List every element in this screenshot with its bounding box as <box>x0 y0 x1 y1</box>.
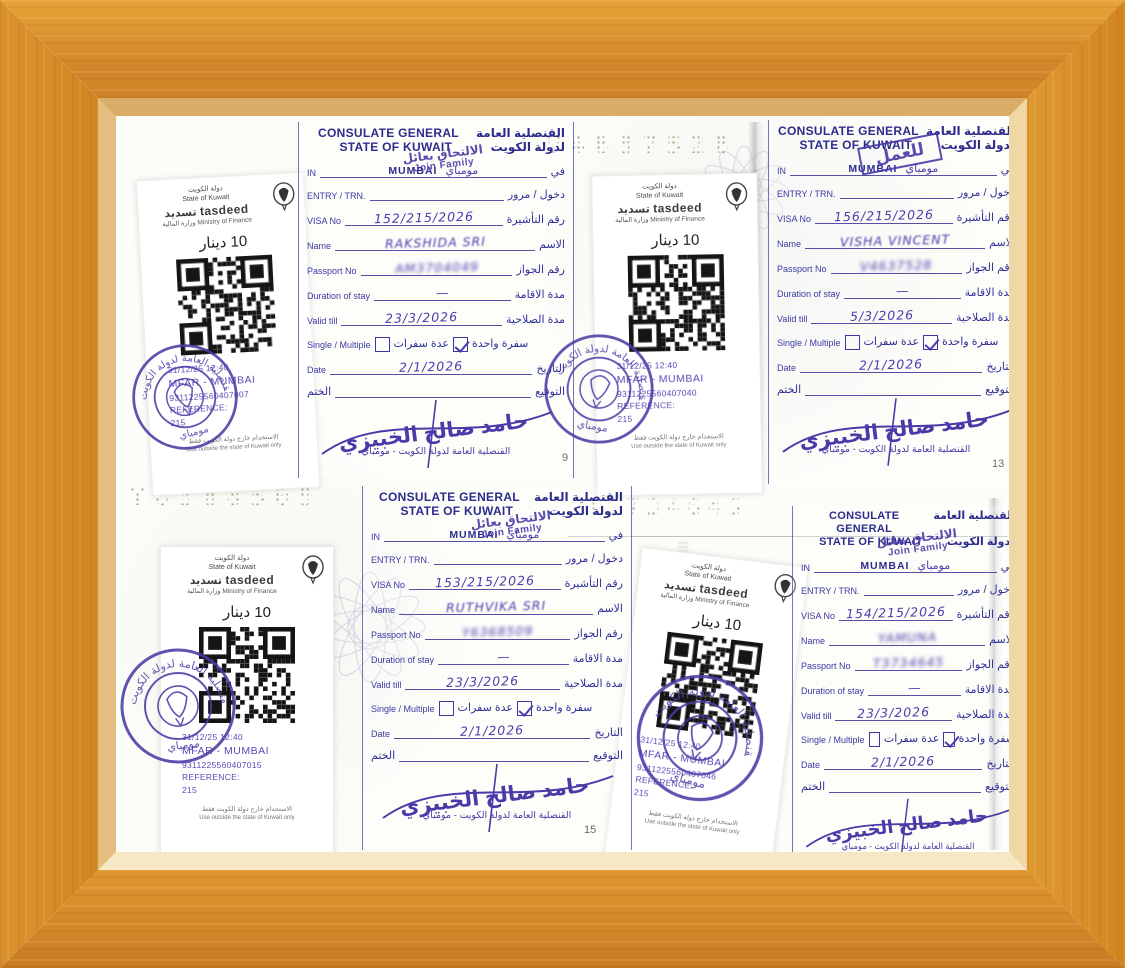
label-name: Name <box>801 636 825 646</box>
label-duration: Duration of stay <box>801 686 864 696</box>
value-duration: — <box>496 649 510 664</box>
label-valid: Valid till <box>777 314 807 324</box>
label-valid-ar: مدة الصلاحية <box>564 677 623 690</box>
visa-header-en-1: CONSULATE GENERAL <box>307 126 470 140</box>
checkbox-single <box>453 337 468 352</box>
label-in: IN <box>801 563 810 573</box>
value-valid: 23/3/2026 <box>446 673 519 690</box>
label-single-multiple: Single / Multiple <box>307 340 371 350</box>
value-name: VISHA VINCENT <box>840 231 951 249</box>
label-name-ar: الاسم <box>597 602 623 615</box>
label-name: Name <box>371 605 395 615</box>
label-signature-ar: التوقيع <box>985 780 1009 793</box>
value-duration: — <box>435 285 449 300</box>
label-name: Name <box>307 241 331 251</box>
value-visa-no: 154/215/2026 <box>846 603 946 621</box>
label-date: Date <box>777 363 796 373</box>
value-valid: 23/3/2026 <box>385 309 458 326</box>
visa-header-ar-2: لدولة الكويت <box>491 140 565 154</box>
label-single-multiple: Single / Multiple <box>371 704 435 714</box>
label-visa-no-ar: رقم التأشيرة <box>957 211 1009 224</box>
label-signature-ar: التوقيع <box>985 383 1009 396</box>
value-date: 2/1/2026 <box>460 722 525 739</box>
value-visa-no: 156/215/2026 <box>834 206 934 224</box>
framed-visa-collage: V4637528 Y6368509 T3734645 دولة ال <box>0 0 1125 968</box>
label-passport-ar: رقم الجواز <box>516 263 565 276</box>
receipt-brand-en: tasdeed <box>199 201 249 218</box>
label-duration: Duration of stay <box>307 291 370 301</box>
receipt-footer-ar: الاستخدام خارج دولة الكويت فقط <box>168 805 326 814</box>
label-passport-ar: رقم الجواز <box>966 658 1009 671</box>
label-seal-ar: الختم <box>307 385 331 398</box>
visa-header-ar-2: لدولة الكويت <box>549 504 623 518</box>
value-city-en: MUMBAI <box>860 560 909 572</box>
visa-header-ar-2: لدولة الكويت <box>941 138 1009 152</box>
visa-header-en-1: CONSULATE GENERAL <box>371 490 528 504</box>
visa-form-2: CONSULATE GENERALالقنصلية العامة STATE O… <box>768 120 1009 484</box>
label-in-ar: في <box>609 529 623 542</box>
value-date: 2/1/2026 <box>859 356 924 373</box>
label-single-multiple: Single / Multiple <box>777 338 841 348</box>
kuwait-falcon-emblem-icon <box>723 182 750 212</box>
svg-text:مومباي: مومباي <box>669 768 708 792</box>
consul-signature-title: القنصلية العامة لدولة الكويت - مومباي <box>777 444 1009 455</box>
consulate-round-stamp-3: القنصلية العامة لدولة الكويت مومباي <box>116 638 246 774</box>
checkbox-single <box>923 335 938 350</box>
receipt-country-ar: دولة الكويت <box>168 555 296 564</box>
receipt-brand-en: tasdeed <box>225 573 274 587</box>
receipt-amount: 10 دينار <box>168 603 326 621</box>
label-date-ar: التاريخ <box>594 726 623 739</box>
receipt-amount: 10 دينار <box>600 230 750 251</box>
visa-header-en-1: CONSULATE GENERAL <box>777 124 920 138</box>
label-passport: Passport No <box>801 661 851 671</box>
label-name-ar: الاسم <box>989 633 1009 646</box>
label-date: Date <box>371 729 390 739</box>
passport-page-number-13: 13 <box>992 458 1004 470</box>
label-in-ar: في <box>1001 560 1009 573</box>
receipt-brand-ar: تسديد <box>618 203 650 216</box>
receipt-ministry-en: Ministry of Finance <box>650 216 705 224</box>
label-multiple-ar: عدة سفرات <box>394 337 449 350</box>
label-single-ar: سفرة واحدة <box>959 732 1009 745</box>
value-date: 2/1/2026 <box>399 358 464 375</box>
checkbox-multiple <box>845 335 860 350</box>
label-visa-no: VISA No <box>307 216 341 226</box>
value-valid: 23/3/2026 <box>857 704 930 721</box>
label-entry: ENTRY / TRN. <box>777 189 836 199</box>
label-valid: Valid till <box>371 680 401 690</box>
label-in-ar: في <box>551 165 565 178</box>
consul-signature-title: القنصلية العامة لدولة الكويت - مومباي <box>307 446 565 457</box>
receipt-header: دولة الكويت State of Kuwait تسديد tasdee… <box>599 182 750 226</box>
label-in: IN <box>777 166 786 176</box>
visa-form-4: CONSULATE GENERALالقنصلية العامة STATE O… <box>792 506 1009 852</box>
label-seal-ar: الختم <box>777 383 801 396</box>
value-name: RUTHVIKA SRI <box>446 597 546 615</box>
receipt-qr-code <box>628 255 726 353</box>
receipt-reference-value: 215 <box>182 784 326 796</box>
receipt-ministry-ar: وزارة المالية <box>187 588 220 595</box>
label-visa-no: VISA No <box>777 214 811 224</box>
label-name-ar: الاسم <box>539 238 565 251</box>
label-date: Date <box>307 365 326 375</box>
value-date: 2/1/2026 <box>871 753 936 770</box>
label-date-ar: التاريخ <box>986 757 1009 770</box>
label-entry-ar: دخول / مرور <box>508 188 565 201</box>
visa-form-1: CONSULATE GENERALالقنصلية العامة STATE O… <box>298 122 574 478</box>
visa-header-ar-1: القنصلية العامة <box>476 126 565 140</box>
signature-zone: حامد صالح الخبيزي القنصلية العامة لدولة … <box>307 402 565 466</box>
label-duration-ar: مدة الاقامة <box>965 683 1009 696</box>
receipt-ministry-ar: وزارة المالية <box>162 220 196 229</box>
signature-zone: حامد صالح الخبيزي القنصلية العامة لدولة … <box>371 766 623 830</box>
label-visa-no: VISA No <box>801 611 835 621</box>
receipt-header: دولة الكويت State of Kuwait تسديد tasdee… <box>168 555 326 596</box>
label-duration: Duration of stay <box>371 655 434 665</box>
label-signature-ar: التوقيع <box>593 749 623 762</box>
value-passport: V4637528 <box>860 257 933 274</box>
label-visa-no-ar: رقم التأشيرة <box>957 608 1009 621</box>
label-entry-ar: دخول / مرور <box>566 552 623 565</box>
value-passport: AM3704049 <box>394 259 478 276</box>
label-duration-ar: مدة الاقامة <box>573 652 623 665</box>
label-in: IN <box>307 168 316 178</box>
signature-zone: حامد صالح الخبيزي القنصلية العامة لدولة … <box>801 797 1009 852</box>
label-duration: Duration of stay <box>777 289 840 299</box>
label-entry: ENTRY / TRN. <box>801 586 860 596</box>
label-date-ar: التاريخ <box>986 360 1009 373</box>
label-passport-ar: رقم الجواز <box>966 261 1009 274</box>
receipt-ministry-ar: وزارة المالية <box>615 217 649 225</box>
receipt-reference-label: REFERENCE: <box>182 771 326 783</box>
label-in: IN <box>371 532 380 542</box>
label-single-ar: سفرة واحدة <box>942 335 998 348</box>
kuwait-falcon-emblem-icon <box>300 555 326 585</box>
label-single-multiple: Single / Multiple <box>801 735 865 745</box>
checkbox-multiple <box>439 701 454 716</box>
label-valid: Valid till <box>307 316 337 326</box>
passport-page-number-15: 15 <box>584 824 596 836</box>
label-in-ar: في <box>1001 163 1009 176</box>
label-duration-ar: مدة الاقامة <box>965 286 1009 299</box>
visa-form-3: CONSULATE GENERALالقنصلية العامة STATE O… <box>362 486 632 850</box>
value-visa-no: 153/215/2026 <box>435 572 535 590</box>
label-multiple-ar: عدة سفرات <box>864 335 919 348</box>
label-passport: Passport No <box>371 630 421 640</box>
receipt-amount: 10 دينار <box>147 230 300 256</box>
label-multiple-ar: عدة سفرات <box>884 732 939 745</box>
value-duration: — <box>895 283 909 298</box>
value-valid: 5/3/2026 <box>849 307 914 324</box>
value-passport: Y6368509 <box>462 623 534 640</box>
visa-header-ar-1: القنصلية العامة <box>534 490 623 504</box>
label-entry: ENTRY / TRN. <box>371 555 430 565</box>
receipt-ministry-en: Ministry of Finance <box>222 588 277 595</box>
label-duration-ar: مدة الاقامة <box>515 288 565 301</box>
value-name: YAMUNA <box>877 629 936 646</box>
scanned-document-area: V4637528 Y6368509 T3734645 دولة ال <box>116 116 1009 852</box>
checkbox-multiple <box>869 732 880 747</box>
label-passport-ar: رقم الجواز <box>574 627 623 640</box>
label-valid: Valid till <box>801 711 831 721</box>
value-visa-no: 152/215/2026 <box>374 208 474 226</box>
receipt-country-en: State of Kuwait <box>168 564 296 573</box>
value-city-ar: مومباي <box>917 559 950 572</box>
label-visa-no-ar: رقم التأشيرة <box>507 213 565 226</box>
passport-page-number-9: 9 <box>562 452 568 464</box>
visa-header-ar-1: القنصلية العامة <box>926 124 1009 138</box>
label-single-ar: سفرة واحدة <box>472 337 528 350</box>
receipt-ministry-en: Ministry of Finance <box>197 217 252 227</box>
receipt-brand-ar: تسديد <box>164 206 197 220</box>
label-entry-ar: دخول / مرور <box>958 186 1009 199</box>
checkbox-single <box>943 732 954 747</box>
label-visa-no-ar: رقم التأشيرة <box>565 577 623 590</box>
value-name: RAKSHIDA SRI <box>384 233 485 251</box>
value-passport: T3734645 <box>873 654 945 671</box>
kuwait-falcon-emblem-icon <box>270 181 298 212</box>
label-valid-ar: مدة الصلاحية <box>956 311 1009 324</box>
label-entry-ar: دخول / مرور <box>958 583 1009 596</box>
checkbox-multiple <box>375 337 390 352</box>
receipt-brand-en: tasdeed <box>653 200 702 215</box>
label-date: Date <box>801 760 820 770</box>
consulate-round-stamp-2: القنصلية العامة لدولة الكويت مومباي <box>533 323 665 455</box>
value-duration: — <box>907 679 921 694</box>
label-entry: ENTRY / TRN. <box>307 191 366 201</box>
label-seal-ar: الختم <box>371 749 395 762</box>
label-passport: Passport No <box>307 266 357 276</box>
label-name: Name <box>777 239 801 249</box>
receipt-footer: الاستخدام خارج دولة الكويت فقط Use outsi… <box>168 805 326 822</box>
consul-signature-title: القنصلية العامة لدولة الكويت - مومباي <box>371 810 623 821</box>
label-single-ar: سفرة واحدة <box>536 701 592 714</box>
label-name-ar: الاسم <box>989 236 1009 249</box>
label-visa-no: VISA No <box>371 580 405 590</box>
checkbox-single <box>517 701 532 716</box>
signature-zone: حامد صالح الخبيزي القنصلية العامة لدولة … <box>777 400 1009 464</box>
frame-mat-bevel: V4637528 Y6368509 T3734645 دولة ال <box>98 98 1027 870</box>
receipt-brand-ar: تسديد <box>190 575 222 587</box>
receipt-header: دولة الكويت State of Kuwait تسديد tasdee… <box>144 181 298 230</box>
label-multiple-ar: عدة سفرات <box>458 701 513 714</box>
label-passport: Passport No <box>777 264 827 274</box>
receipt-footer-en: Use outside the state of Kuwait only <box>168 814 326 822</box>
consul-signature-title: القنصلية العامة لدولة الكويت - مومباي <box>801 841 1009 852</box>
label-seal-ar: الختم <box>801 780 825 793</box>
label-valid-ar: مدة الصلاحية <box>956 708 1009 721</box>
